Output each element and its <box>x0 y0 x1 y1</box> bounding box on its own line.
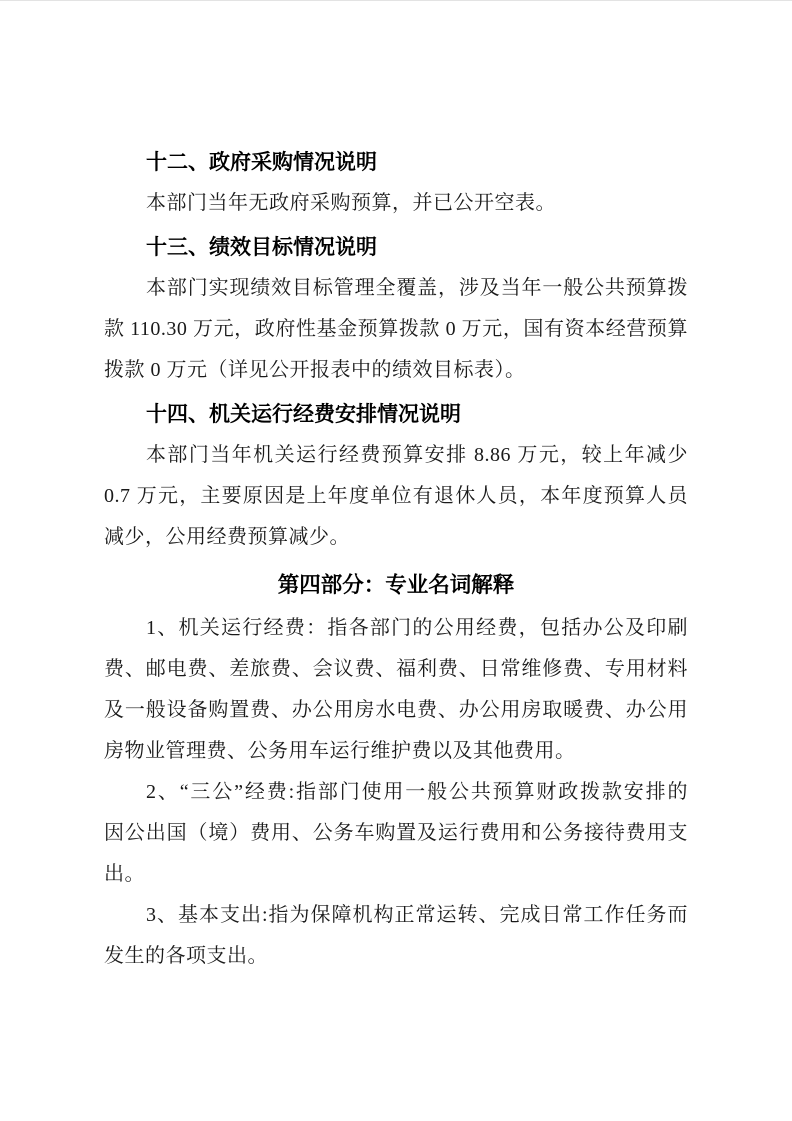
text-line: 及一般设备购置费、办公用房水电费、办公用房取暖费、办公用 <box>104 690 688 731</box>
part-title: 第四部分：专业名词解释 <box>104 565 688 606</box>
text-line: 出。 <box>104 854 688 895</box>
document-page: 十二、政府采购情况说明本部门当年无政府采购预算，并已公开空表。十三、绩效目标情况… <box>0 0 792 1121</box>
text-line: 本部门实现绩效目标管理全覆盖，涉及当年一般公共预算拨 <box>104 268 688 309</box>
paragraph: 本部门当年机关运行经费预算安排 8.86 万元，较上年减少0.7 万元，主要原因… <box>104 435 688 558</box>
paragraph: 本部门当年无政府采购预算，并已公开空表。 <box>104 183 688 224</box>
text-line: 0.7 万元，主要原因是上年度单位有退休人员，本年度预算人员 <box>104 476 688 517</box>
text-line: 发生的各项支出。 <box>104 936 688 977</box>
text-line: 费、邮电费、差旅费、会议费、福利费、日常维修费、专用材料 <box>104 649 688 690</box>
text-line: 款 110.30 万元，政府性基金预算拨款 0 万元，国有资本经营预算 <box>104 309 688 350</box>
paragraph: 2、“三公”经费:指部门使用一般公共预算财政拨款安排的因公出国（境）费用、公务车… <box>104 772 688 895</box>
text-line: 1、机关运行经费：指各部门的公用经费，包括办公及印刷 <box>104 608 688 649</box>
text-line: 本部门当年机关运行经费预算安排 8.86 万元，较上年减少 <box>104 435 688 476</box>
text-line: 因公出国（境）费用、公务车购置及运行费用和公务接待费用支 <box>104 813 688 854</box>
text-line: 减少，公用经费预算减少。 <box>104 517 688 558</box>
paragraph: 1、机关运行经费：指各部门的公用经费，包括办公及印刷费、邮电费、差旅费、会议费、… <box>104 608 688 772</box>
text-line: 房物业管理费、公务用车运行维护费以及其他费用。 <box>104 731 688 772</box>
paragraph: 3、基本支出:指为保障机构正常运转、完成日常工作任务而发生的各项支出。 <box>104 895 688 977</box>
text-line: 拨款 0 万元（详见公开报表中的绩效目标表）。 <box>104 350 688 391</box>
section-heading: 十二、政府采购情况说明 <box>104 142 688 183</box>
text-line: 3、基本支出:指为保障机构正常运转、完成日常工作任务而 <box>104 895 688 936</box>
text-line: 2、“三公”经费:指部门使用一般公共预算财政拨款安排的 <box>104 772 688 813</box>
paragraph: 本部门实现绩效目标管理全覆盖，涉及当年一般公共预算拨款 110.30 万元，政府… <box>104 268 688 391</box>
text-line: 本部门当年无政府采购预算，并已公开空表。 <box>104 183 688 224</box>
section-heading: 十三、绩效目标情况说明 <box>104 227 688 268</box>
document-content: 十二、政府采购情况说明本部门当年无政府采购预算，并已公开空表。十三、绩效目标情况… <box>104 139 688 977</box>
section-heading: 十四、机关运行经费安排情况说明 <box>104 394 688 435</box>
